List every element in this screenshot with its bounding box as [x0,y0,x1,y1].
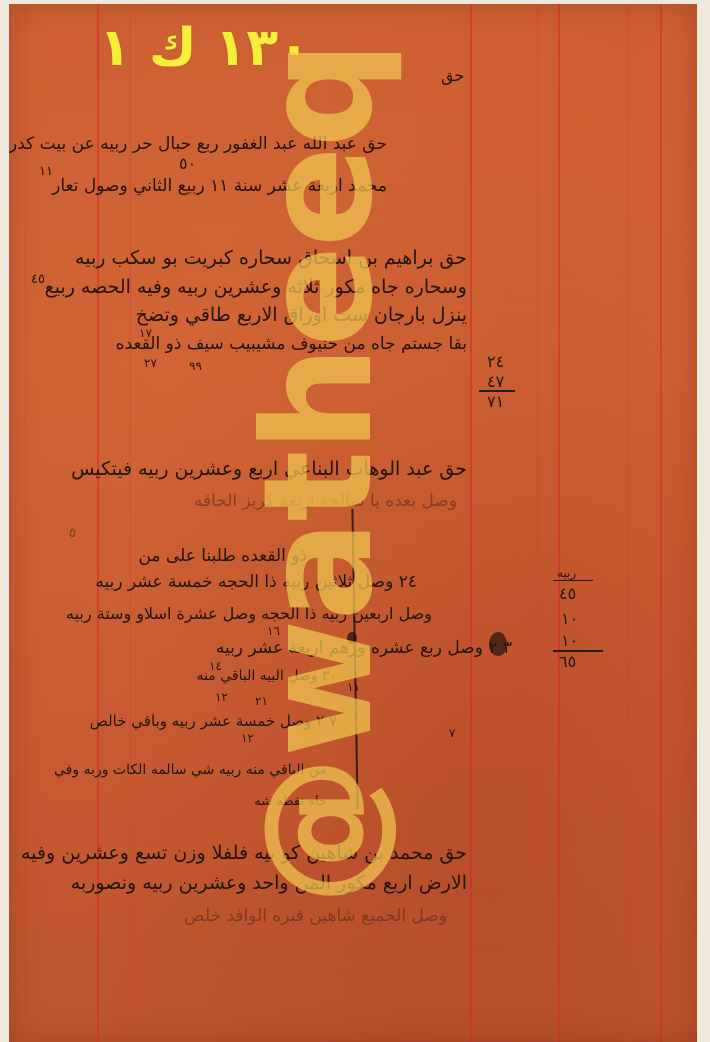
tally-value: ٢٤ [487,352,504,371]
marginal-number: ٤٥ [31,272,45,287]
ruling-line [660,4,662,1042]
entry-line: وصل بعده يا سالحه اربعه كريز الحاقه [194,491,457,511]
marginal-number: ١٢ [241,731,254,745]
marginal-number: ٢١ [255,694,268,708]
marginal-number: ١٧ [139,326,152,340]
marginal-number: ١١ [347,680,360,694]
ruling-line [558,4,560,1042]
entry-line: حق عبد الوهاب البناعي اربع وعشرين ربيه ف… [71,458,467,480]
entry-line: بقا جستم جاه من حنيوف مشيبيب سيف ذو القع… [116,334,467,354]
entry-line: ينزل بارجان ست اوراق الاربع طاقي وتضخ [136,304,467,326]
tally-value: ٤٧ [487,372,504,391]
entry-line: وسحاره جاه مكور ثلاثه وعشرين ربيه وفيه ا… [45,276,467,298]
ledger-value: ١٠ [561,609,578,628]
ruling-line [628,4,629,1042]
ink-blot [489,632,507,656]
entry-line: حق عبد الله عبد الغفور ربع حبال حر ربيه … [9,134,387,154]
entry-line: وصل اربعين ربيه ذا الحجه وصل عشرة اسلاو … [66,604,432,623]
ledger-label: ربيه [557,566,576,580]
ruling-line [25,4,26,1042]
marginal-number: ٩٩ [189,359,202,373]
ledger-value: ٤٥ [559,584,576,603]
tally-total: ٧١ [487,392,504,411]
ruling-line [537,4,538,1042]
entry-line: حق براهيم بن اسحاق سحاره كبريت بو سكب رب… [75,247,467,269]
marginal-number: ٧ [449,726,455,740]
entry-line: من الباقي منه ربيه شي سالمه الكات وربه و… [54,762,327,778]
entry-line: ٧ ٢ وصل خمسة عشر ربيه وباقي خالص [90,712,337,730]
marginal-number: ٥ [69,526,76,541]
entry-line: الارض اربع مكور المن واحد وعشرين ربيه ون… [71,872,467,894]
marginal-number: ١٤ [209,659,222,673]
entry-line: جاه نقطه شه [254,794,327,809]
ledger-divider [351,509,358,809]
marginal-number: ١٦ [267,624,280,638]
entry-line: محمد اربعة عشر سنة ١١ ربيع الثاني وصول ت… [52,176,387,196]
entry-line: ٢٤ وصل ثلاثين ربيه ذا الحجه خمسة عشر ربي… [95,572,417,592]
entry-line: ذو القعده طلبنا على من [138,546,307,566]
marginal-number: ٥٠ [179,154,196,173]
header-word: حق [441,66,464,85]
manuscript-page: ١٣٠ ك ١ حق حق عبد الله عبد الغفور ربع حب… [9,4,697,1042]
marginal-number: ١٢ [215,690,228,704]
ledger-total: ٦٥ [559,652,576,671]
ledger-value: ١٠ [561,631,578,650]
entry-line: حق محمد بن شاهين كو بيه فلفلا وزن تسع وع… [21,842,467,864]
marginal-number: ٢٧ [144,356,157,370]
ledger-rule [553,580,593,581]
reference-label: ١٣٠ ك ١ [99,22,310,74]
entry-line: ٣ ٢ وصل ربع عشره ورهم اربعة عشر ربيه [216,638,512,658]
ink-blot [347,632,357,644]
ruling-line [470,4,472,1042]
marginal-number: ١١ [39,164,53,179]
entry-line: وصل الجميع شاهين قبره الوافد خلص [184,906,447,926]
